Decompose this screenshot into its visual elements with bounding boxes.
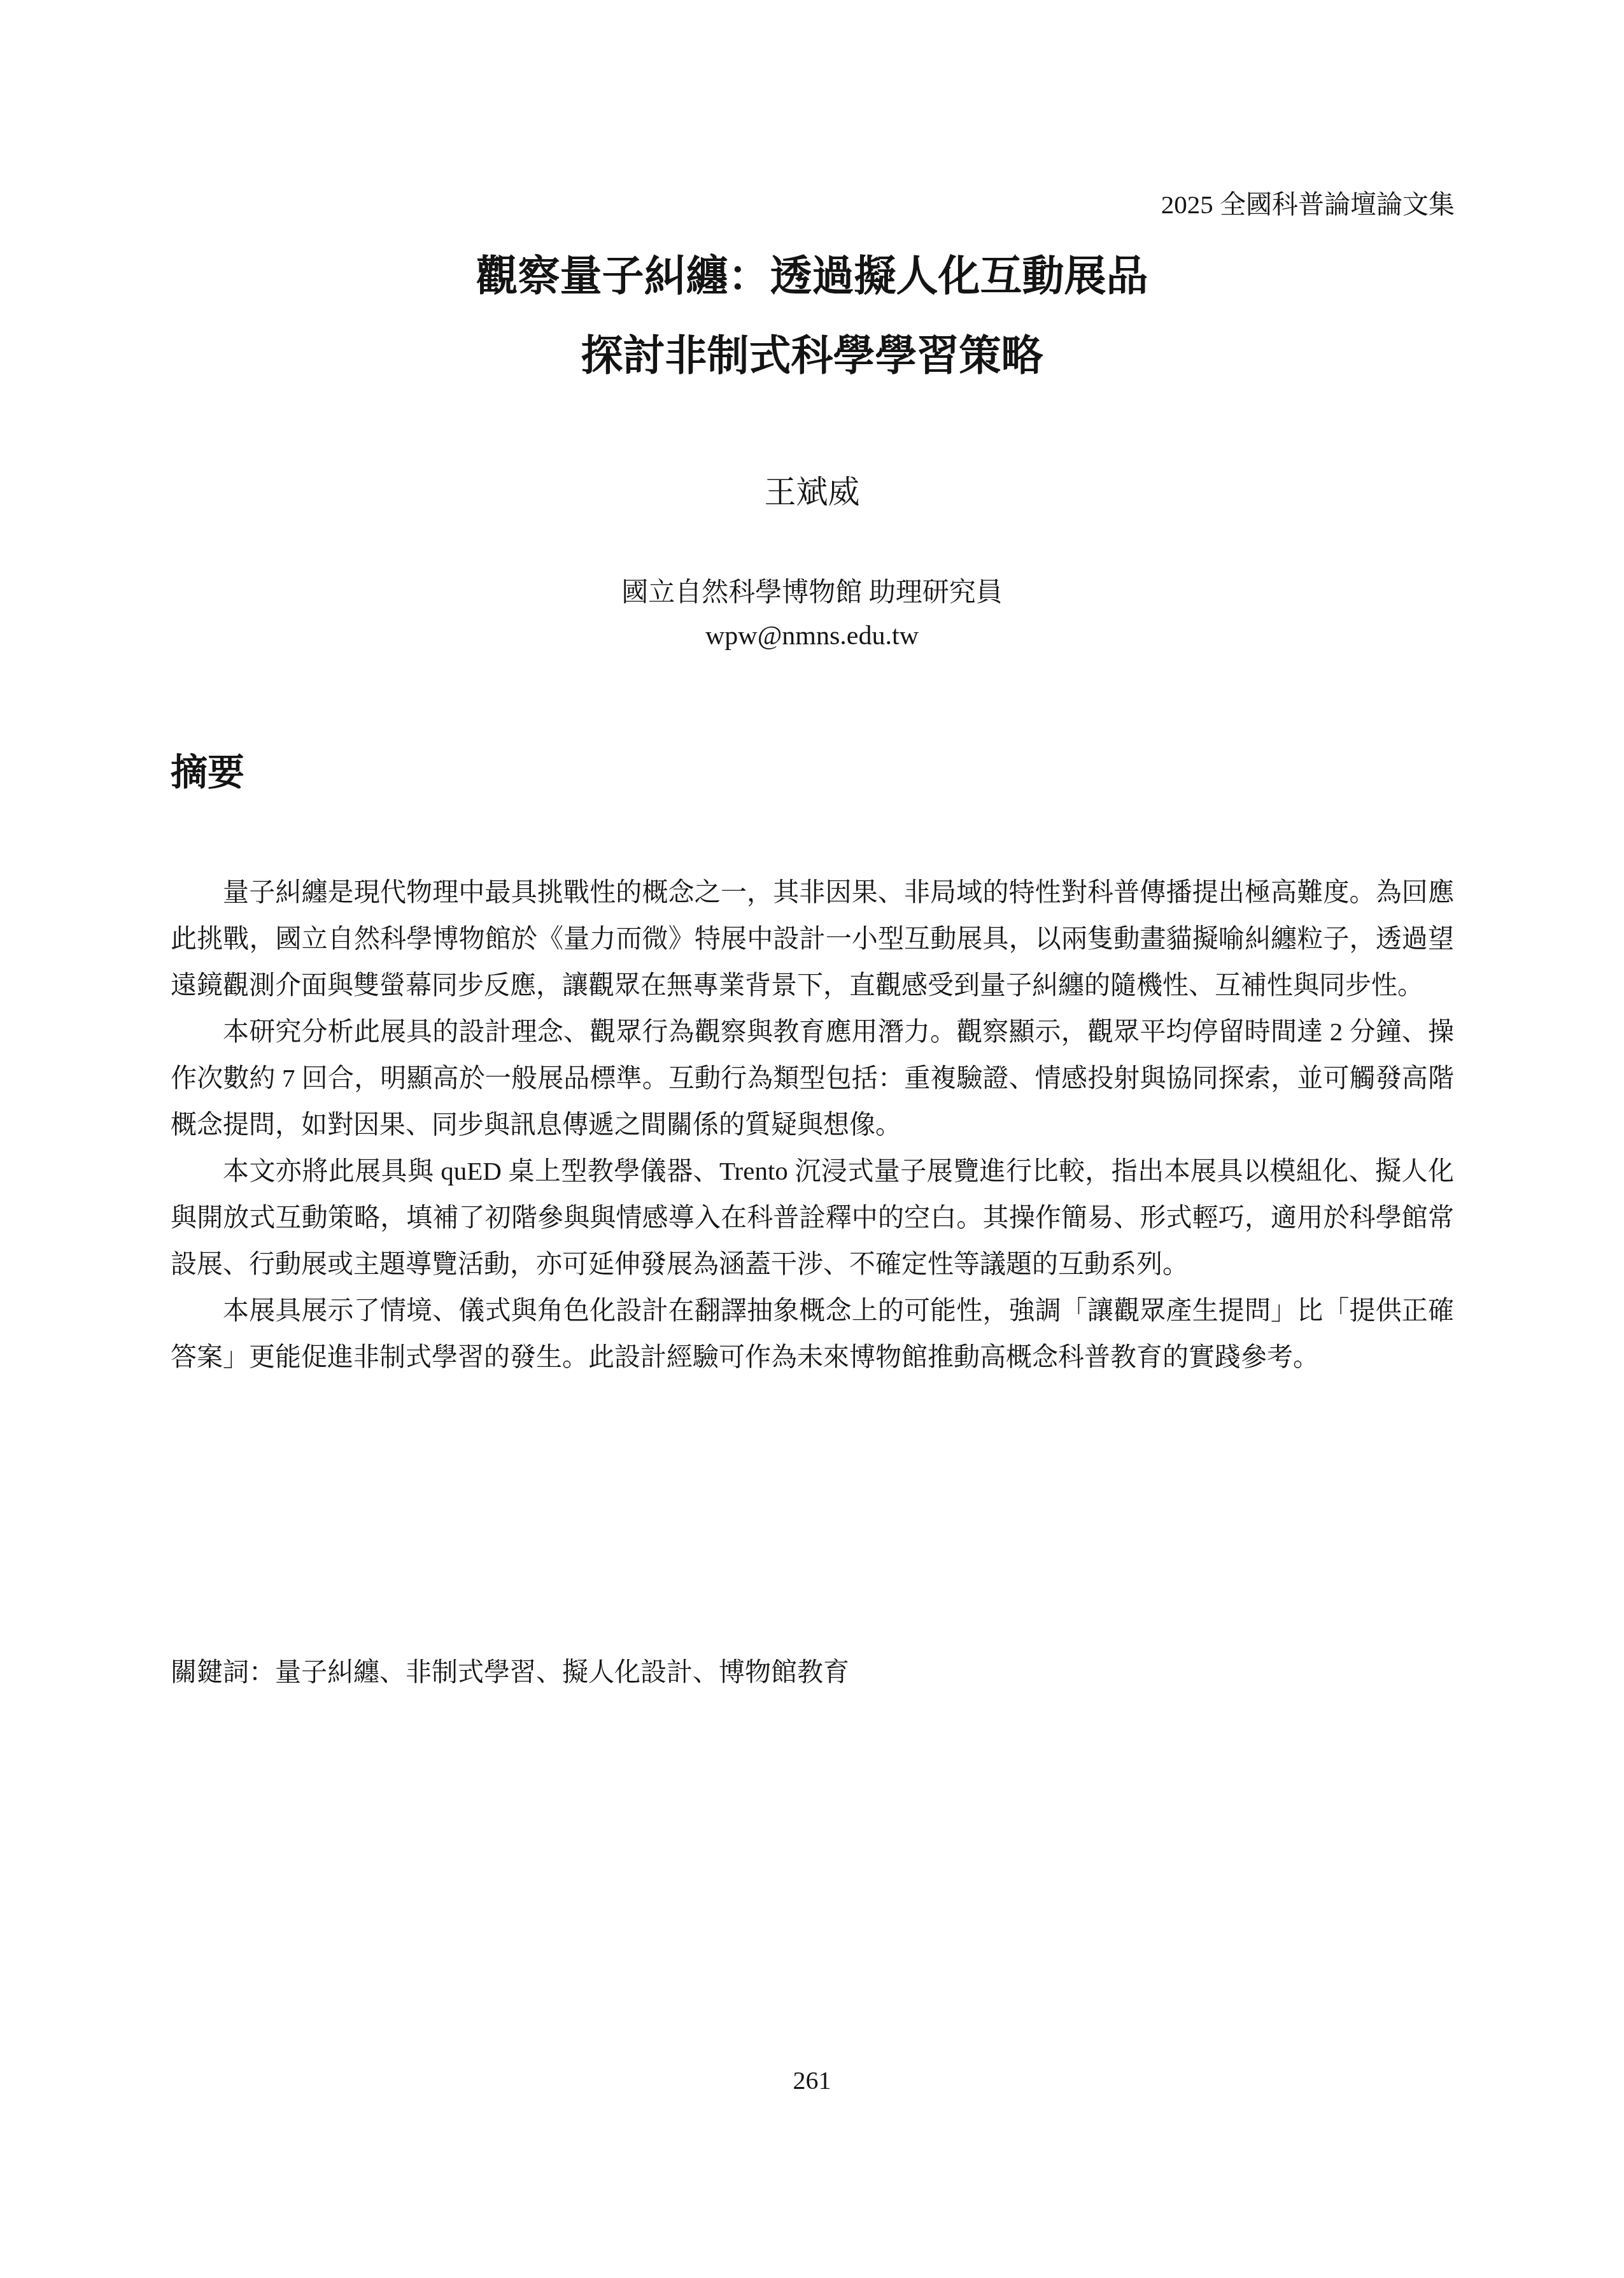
author-email: wpw@nmns.edu.tw: [0, 621, 1624, 651]
abstract-body: 量子糾纏是現代物理中最具挑戰性的概念之一，其非因果、非局域的特性對科普傳播提出極…: [171, 869, 1454, 1380]
abstract-paragraph: 本研究分析此展具的設計理念、觀眾行為觀察與教育應用潛力。觀察顯示，觀眾平均停留時…: [171, 1008, 1454, 1148]
proceedings-header: 2025 全國科普論壇論文集: [1161, 183, 1455, 221]
abstract-paragraph: 本展具展示了情境、儀式與角色化設計在翻譯抽象概念上的可能性，強調「讓觀眾產生提問…: [171, 1287, 1454, 1380]
author-affiliation: 國立自然科學博物館 助理研究員: [0, 571, 1624, 609]
paper-title: 觀察量子糾纏：透過擬人化互動展品 探討非制式科學學習策略: [0, 237, 1624, 396]
keywords-line: 關鍵詞：量子糾纏、非制式學習、擬人化設計、博物館教育: [171, 1649, 1454, 1695]
document-page: 2025 全國科普論壇論文集 觀察量子糾纏：透過擬人化互動展品 探討非制式科學學…: [0, 0, 1624, 2278]
paper-title-line-1: 觀察量子糾纏：透過擬人化互動展品: [0, 237, 1624, 316]
abstract-paragraph: 量子糾纏是現代物理中最具挑戰性的概念之一，其非因果、非局域的特性對科普傳播提出極…: [171, 869, 1454, 1008]
abstract-heading: 摘要: [171, 742, 244, 796]
abstract-paragraph: 本文亦將此展具與 quED 桌上型教學儀器、Trento 沉浸式量子展覽進行比較…: [171, 1148, 1454, 1287]
author-name: 王斌威: [0, 467, 1624, 513]
page-number: 261: [0, 2065, 1624, 2095]
paper-title-line-2: 探討非制式科學學習策略: [0, 316, 1624, 396]
